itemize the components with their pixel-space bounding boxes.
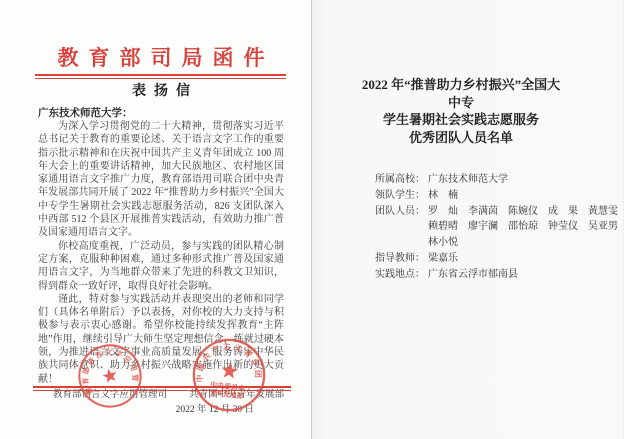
teacher-label: 指导教师： bbox=[375, 251, 428, 267]
letterhead-rule bbox=[35, 74, 286, 79]
rule-thin bbox=[33, 390, 291, 391]
team-line-1: 罗 灿 李满茵 陈婉仪 成 果 黄慧雯 bbox=[428, 204, 618, 220]
leader-label: 领队学生： bbox=[375, 188, 428, 204]
rule-thick bbox=[33, 386, 291, 388]
rule-thick bbox=[35, 74, 286, 76]
row-location: 实践地点： 广东省云浮市郁南县 bbox=[375, 267, 599, 283]
document-scan: 教育部司局函件 表扬信 广东技术师范大学： 为深入学习贯彻党的二十大精神，贯彻落… bbox=[0, 0, 624, 439]
roster-title-line-2: 学生暑期社会实践志愿服务 bbox=[361, 111, 561, 129]
letter-addressee: 广东技术师范大学： bbox=[38, 107, 284, 120]
rule-thin bbox=[35, 78, 286, 79]
location-label: 实践地点： bbox=[375, 267, 428, 283]
row-school: 所属高校： 广东技术师范大学 bbox=[375, 172, 599, 188]
letterhead-title: 教育部司局函件 bbox=[38, 46, 284, 70]
team-roster-page: 2022 年“推普助力乡村振兴”全国大中专 学生暑期社会实践志愿服务 优秀团队人… bbox=[312, 0, 623, 439]
row-team: 团队人员： 罗 灿 李满茵 陈婉仪 成 果 黄慧雯 赖碧晴 廖宇澜 邵怡琼 钟莹… bbox=[375, 204, 599, 251]
body-paragraph-3: 谨此，特对参与实践活动并表现突出的老师和同学们（具体名单附后）予以表扬，对你校的… bbox=[38, 293, 284, 386]
roster-title: 2022 年“推普助力乡村振兴”全国大中专 学生暑期社会实践志愿服务 优秀团队人… bbox=[361, 76, 561, 146]
team-line-2: 赖碧晴 廖宇澜 邵怡琼 钟莹仪 吴亚男 bbox=[428, 219, 618, 235]
body-paragraph-1: 为深入学习贯彻党的二十大精神，贯彻落实习近平总书记关于教育的重要论述、关于语言文… bbox=[38, 120, 284, 240]
roster-info-list: 所属高校： 广东技术师范大学 领队学生： 林 楠 团队人员： 罗 灿 李满茵 陈… bbox=[375, 172, 599, 283]
roster-title-line-3: 优秀团队人员名单 bbox=[361, 129, 561, 147]
leader-value: 林 楠 bbox=[428, 188, 458, 204]
school-value: 广东技术师范大学 bbox=[428, 172, 508, 188]
team-members: 罗 灿 李满茵 陈婉仪 成 果 黄慧雯 赖碧晴 廖宇澜 邵怡琼 钟莹仪 吴亚男 … bbox=[428, 204, 618, 251]
team-label: 团队人员： bbox=[375, 204, 428, 220]
teacher-value: 梁嘉乐 bbox=[428, 251, 458, 267]
body-paragraph-2: 你校高度重视，广泛动员，参与实践的团队精心制定方案，克服种种困难，通过多种形式推… bbox=[38, 240, 284, 293]
team-line-3: 林小悦 bbox=[428, 235, 618, 251]
roster-title-line-1: 2022 年“推普助力乡村振兴”全国大中专 bbox=[361, 76, 561, 111]
footer-rule bbox=[33, 386, 291, 391]
row-teacher: 指导教师： 梁嘉乐 bbox=[375, 251, 599, 267]
commendation-letter-page: 教育部司局函件 表扬信 广东技术师范大学： 为深入学习贯彻党的二十大精神，贯彻落… bbox=[0, 0, 312, 439]
letter-date: 2022 年 12 月 30 日 bbox=[38, 404, 284, 416]
row-leader: 领队学生： 林 楠 bbox=[375, 188, 599, 204]
location-value: 广东省云浮市郁南县 bbox=[428, 267, 518, 283]
school-label: 所属高校： bbox=[375, 172, 428, 188]
letter-subject: 表扬信 bbox=[38, 84, 284, 99]
